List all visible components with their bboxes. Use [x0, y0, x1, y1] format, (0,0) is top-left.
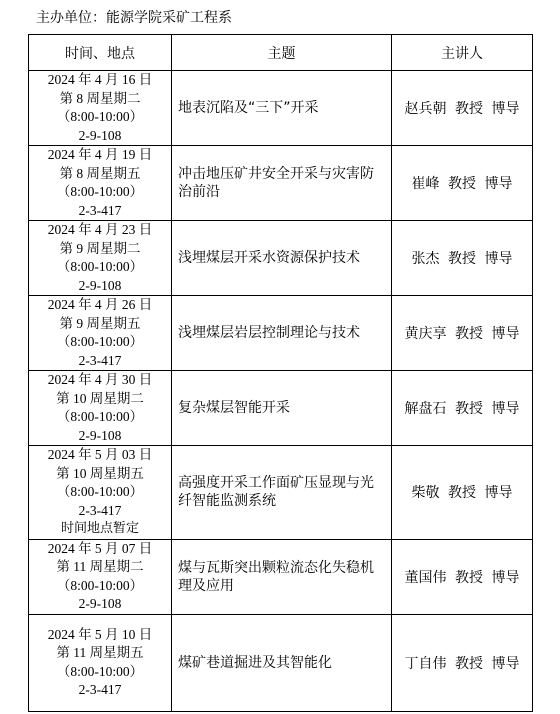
speaker-name: 张杰	[412, 251, 440, 267]
room-text: 2-9-108	[29, 127, 171, 146]
speaker-title: 教授	[455, 656, 483, 672]
time-location-cell: 2024 年 4 月 23 日 第 9 周星期二 （8:00-10:00） 2-…	[29, 221, 172, 296]
time-text: （8:00-10:00）	[29, 333, 171, 352]
time-text: （8:00-10:00）	[29, 258, 171, 277]
speaker-cell: 解盘石 教授 博导	[392, 371, 533, 446]
topic-cell: 煤与瓦斯突出颗粒流态化失稳机理及应用	[172, 539, 392, 614]
speaker-role: 博导	[491, 101, 519, 117]
speaker-role: 博导	[484, 485, 512, 501]
time-text: （8:00-10:00）	[29, 108, 171, 127]
speaker-name: 解盘石	[405, 401, 447, 417]
speaker-title: 教授	[448, 251, 476, 267]
speaker-title: 教授	[455, 326, 483, 342]
header-topic: 主题	[172, 35, 392, 71]
date-text: 2024 年 5 月 10 日	[29, 626, 171, 645]
speaker-cell: 丁自伟 教授 博导	[392, 614, 533, 711]
room-text: 2-9-108	[29, 277, 171, 296]
week-text: 第 10 周星期五	[29, 465, 171, 484]
time-text: （8:00-10:00）	[29, 483, 171, 502]
table-row: 2024 年 5 月 03 日 第 10 周星期五 （8:00-10:00） 2…	[29, 446, 533, 540]
room-text: 2-3-417	[29, 202, 171, 221]
table-row: 2024 年 4 月 23 日 第 9 周星期二 （8:00-10:00） 2-…	[29, 221, 533, 296]
table-row: 2024 年 4 月 26 日 第 9 周星期五 （8:00-10:00） 2-…	[29, 296, 533, 371]
topic-cell: 浅埋煤层开采水资源保护技术	[172, 221, 392, 296]
header-speaker: 主讲人	[392, 35, 533, 71]
speaker-cell: 崔峰 教授 博导	[392, 146, 533, 221]
speaker-title: 教授	[455, 101, 483, 117]
room-text: 2-3-417	[29, 352, 171, 371]
week-text: 第 8 周星期五	[29, 165, 171, 184]
speaker-title: 教授	[448, 176, 476, 192]
speaker-title: 教授	[455, 401, 483, 417]
time-text: （8:00-10:00）	[29, 577, 171, 596]
week-text: 第 9 周星期二	[29, 240, 171, 259]
time-location-cell: 2024 年 4 月 16 日 第 8 周星期二 （8:00-10:00） 2-…	[29, 71, 172, 146]
time-text: （8:00-10:00）	[29, 183, 171, 202]
topic-cell: 复杂煤层智能开采	[172, 371, 392, 446]
speaker-cell: 张杰 教授 博导	[392, 221, 533, 296]
speaker-role: 博导	[484, 251, 512, 267]
time-location-cell: 2024 年 5 月 07 日 第 11 周星期二 （8:00-10:00） 2…	[29, 539, 172, 614]
time-location-cell: 2024 年 4 月 30 日 第 10 周星期二 （8:00-10:00） 2…	[29, 371, 172, 446]
speaker-role: 博导	[491, 656, 519, 672]
topic-cell: 浅埋煤层岩层控制理论与技术	[172, 296, 392, 371]
speaker-cell: 董国伟 教授 博导	[392, 539, 533, 614]
topic-cell: 煤矿巷道掘进及其智能化	[172, 614, 392, 711]
topic-cell: 高强度开采工作面矿压显现与光纤智能监测系统	[172, 446, 392, 540]
date-text: 2024 年 5 月 03 日	[29, 446, 171, 465]
speaker-name: 崔峰	[412, 176, 440, 192]
time-location-cell: 2024 年 5 月 10 日 第 11 周星期五 （8:00-10:00） 2…	[29, 614, 172, 711]
table-body: 2024 年 4 月 16 日 第 8 周星期二 （8:00-10:00） 2-…	[29, 71, 533, 712]
speaker-cell: 黄庆享 教授 博导	[392, 296, 533, 371]
speaker-name: 董国伟	[405, 570, 447, 586]
date-text: 2024 年 4 月 26 日	[29, 296, 171, 315]
time-location-cell: 2024 年 4 月 26 日 第 9 周星期五 （8:00-10:00） 2-…	[29, 296, 172, 371]
room-text: 2-3-417	[29, 502, 171, 521]
speaker-name: 柴敬	[412, 485, 440, 501]
speaker-title: 教授	[448, 485, 476, 501]
table-row: 2024 年 5 月 10 日 第 11 周星期五 （8:00-10:00） 2…	[29, 614, 533, 711]
date-text: 2024 年 4 月 23 日	[29, 221, 171, 240]
date-text: 2024 年 4 月 16 日	[29, 71, 171, 90]
week-text: 第 8 周星期二	[29, 90, 171, 109]
week-text: 第 10 周星期二	[29, 390, 171, 409]
table-header-row: 时间、地点 主题 主讲人	[29, 35, 533, 71]
date-text: 2024 年 4 月 19 日	[29, 146, 171, 165]
organizer-label: 主办单位：能源学院采矿工程系	[36, 9, 232, 27]
room-text: 2-3-417	[29, 681, 171, 700]
table-row: 2024 年 4 月 16 日 第 8 周星期二 （8:00-10:00） 2-…	[29, 71, 533, 146]
time-location-cell: 2024 年 4 月 19 日 第 8 周星期五 （8:00-10:00） 2-…	[29, 146, 172, 221]
time-text: （8:00-10:00）	[29, 663, 171, 682]
week-text: 第 11 周星期二	[29, 558, 171, 577]
table-row: 2024 年 5 月 07 日 第 11 周星期二 （8:00-10:00） 2…	[29, 539, 533, 614]
speaker-name: 赵兵朝	[405, 101, 447, 117]
lecture-schedule-table: 时间、地点 主题 主讲人 2024 年 4 月 16 日 第 8 周星期二 （8…	[28, 34, 533, 712]
speaker-title: 教授	[455, 570, 483, 586]
week-text: 第 11 周星期五	[29, 644, 171, 663]
speaker-cell: 柴敬 教授 博导	[392, 446, 533, 540]
speaker-name: 黄庆享	[405, 326, 447, 342]
speaker-role: 博导	[484, 176, 512, 192]
speaker-role: 博导	[491, 326, 519, 342]
date-text: 2024 年 5 月 07 日	[29, 540, 171, 559]
room-text: 2-9-108	[29, 595, 171, 614]
speaker-name: 丁自伟	[405, 656, 447, 672]
header-time-location: 时间、地点	[29, 35, 172, 71]
table-row: 2024 年 4 月 19 日 第 8 周星期五 （8:00-10:00） 2-…	[29, 146, 533, 221]
speaker-role: 博导	[491, 401, 519, 417]
date-text: 2024 年 4 月 30 日	[29, 371, 171, 390]
topic-cell: 地表沉陷及“三下”开采	[172, 71, 392, 146]
speaker-cell: 赵兵朝 教授 博导	[392, 71, 533, 146]
topic-cell: 冲击地压矿井安全开采与灾害防治前沿	[172, 146, 392, 221]
speaker-role: 博导	[491, 570, 519, 586]
week-text: 第 9 周星期五	[29, 315, 171, 334]
time-text: （8:00-10:00）	[29, 408, 171, 427]
room-text: 2-9-108	[29, 427, 171, 446]
time-location-cell: 2024 年 5 月 03 日 第 10 周星期五 （8:00-10:00） 2…	[29, 446, 172, 540]
table-row: 2024 年 4 月 30 日 第 10 周星期二 （8:00-10:00） 2…	[29, 371, 533, 446]
note-text: 时间地点暂定	[29, 520, 171, 539]
